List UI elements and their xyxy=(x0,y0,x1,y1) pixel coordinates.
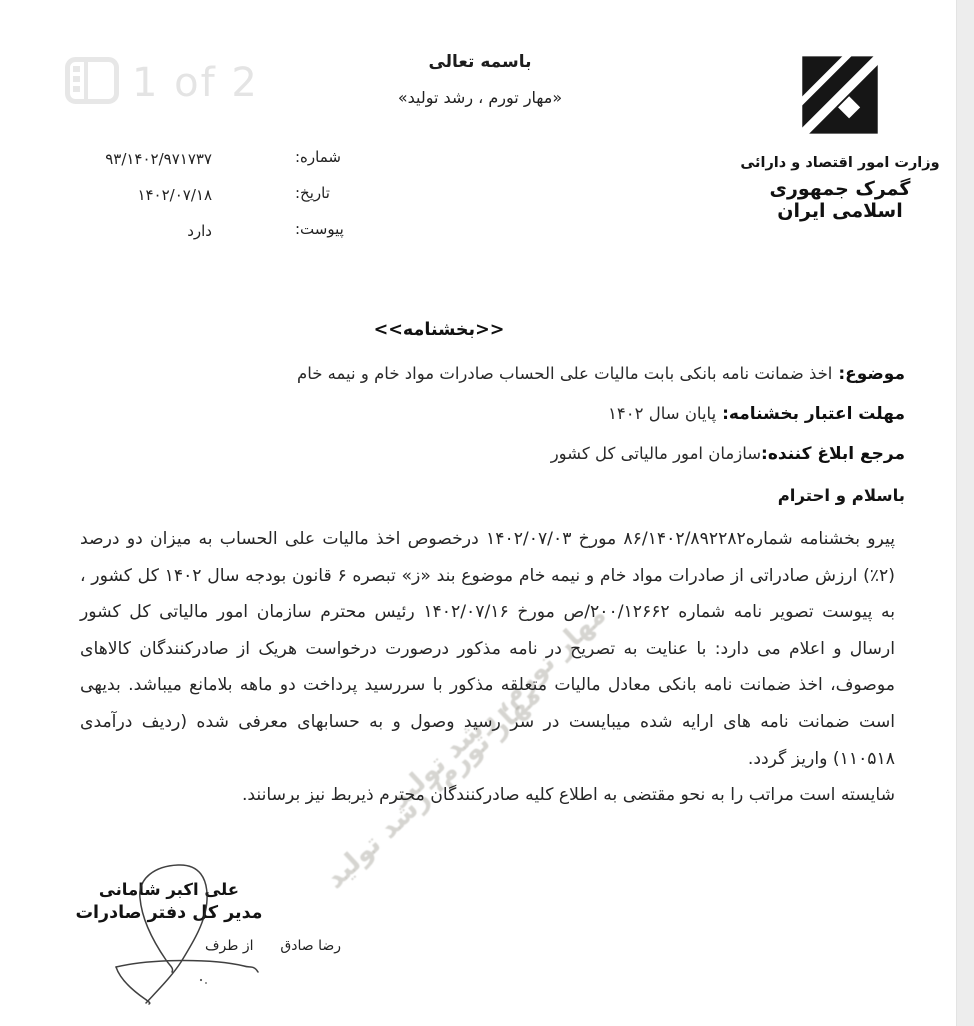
handwritten-signature xyxy=(100,852,300,1021)
field-date-value: ۱۴۰۲/۰۷/۱۸ xyxy=(80,186,212,204)
letterhead-block: وزارت امور اقتصاد و دارائی گمرک جمهوری ا… xyxy=(735,48,945,222)
customs-logo-icon xyxy=(735,48,945,142)
page-indicator-label: 1 of 2 xyxy=(132,60,259,106)
subject-line: موضوع:اخذ ضمانت نامه بانکی بابت مالیات ع… xyxy=(80,354,905,394)
issuer-text: سازمان امور مالیاتی کل کشور xyxy=(551,444,761,463)
field-date-label: تاریخ: xyxy=(295,184,330,202)
validity-line: مهلت اعتبار بخشنامه:پایان سال ۱۴۰۲ xyxy=(80,394,905,434)
field-attachment-label: پیوست: xyxy=(295,220,344,238)
salutation: باسلام و احترام xyxy=(80,486,905,505)
doc-type-title: <<بخشنامه>> xyxy=(350,320,528,340)
letter-head-lines: موضوع:اخذ ضمانت نامه بانکی بابت مالیات ع… xyxy=(80,354,905,474)
page-indicator: 1 of 2 xyxy=(64,56,259,109)
field-number-label: شماره: xyxy=(295,148,341,166)
validity-text: پایان سال ۱۴۰۲ xyxy=(608,404,716,423)
field-date: تاریخ: ۱۴۰۲/۰۷/۱۸ xyxy=(80,184,360,220)
viewer-edge-strip xyxy=(956,0,974,1026)
validity-label: مهلت اعتبار بخشنامه: xyxy=(716,404,905,424)
body-paragraph-2: شایسته است مراتب را به نحو مقتضی به اطلا… xyxy=(80,777,895,814)
subject-label: موضوع: xyxy=(832,364,905,384)
body-paragraph-1: پیرو بخشنامه شماره۸۶/۱۴۰۲/۸۹۲۲۸۲ مورخ ۱۴… xyxy=(80,521,895,777)
organization-name: گمرک جمهوری اسلامی ایران xyxy=(735,178,945,222)
field-attachment: پیوست: دارد xyxy=(80,220,360,256)
subject-text: اخذ ضمانت نامه بانکی بابت مالیات علی الح… xyxy=(297,364,832,383)
field-attachment-value: دارد xyxy=(80,222,212,240)
issuer-line: مرجع ابلاغ کننده:سازمان امور مالیاتی کل … xyxy=(80,434,905,474)
field-number: شماره: ۹۳/۱۴۰۲/۹۷۱۷۳۷ xyxy=(80,148,360,184)
issuer-label: مرجع ابلاغ کننده: xyxy=(761,444,905,464)
ministry-name: وزارت امور اقتصاد و دارائی xyxy=(735,155,945,171)
pages-icon xyxy=(64,56,120,109)
year-slogan: «مهار تورم ، رشد تولید» xyxy=(300,88,660,107)
document-meta-fields: شماره: ۹۳/۱۴۰۲/۹۷۱۷۳۷ تاریخ: ۱۴۰۲/۰۷/۱۸ … xyxy=(80,148,360,256)
letter-body: پیرو بخشنامه شماره۸۶/۱۴۰۲/۸۹۲۲۸۲ مورخ ۱۴… xyxy=(80,521,895,814)
bismillah-heading: باسمه تعالی xyxy=(330,52,630,72)
field-number-value: ۹۳/۱۴۰۲/۹۷۱۷۳۷ xyxy=(80,150,212,168)
